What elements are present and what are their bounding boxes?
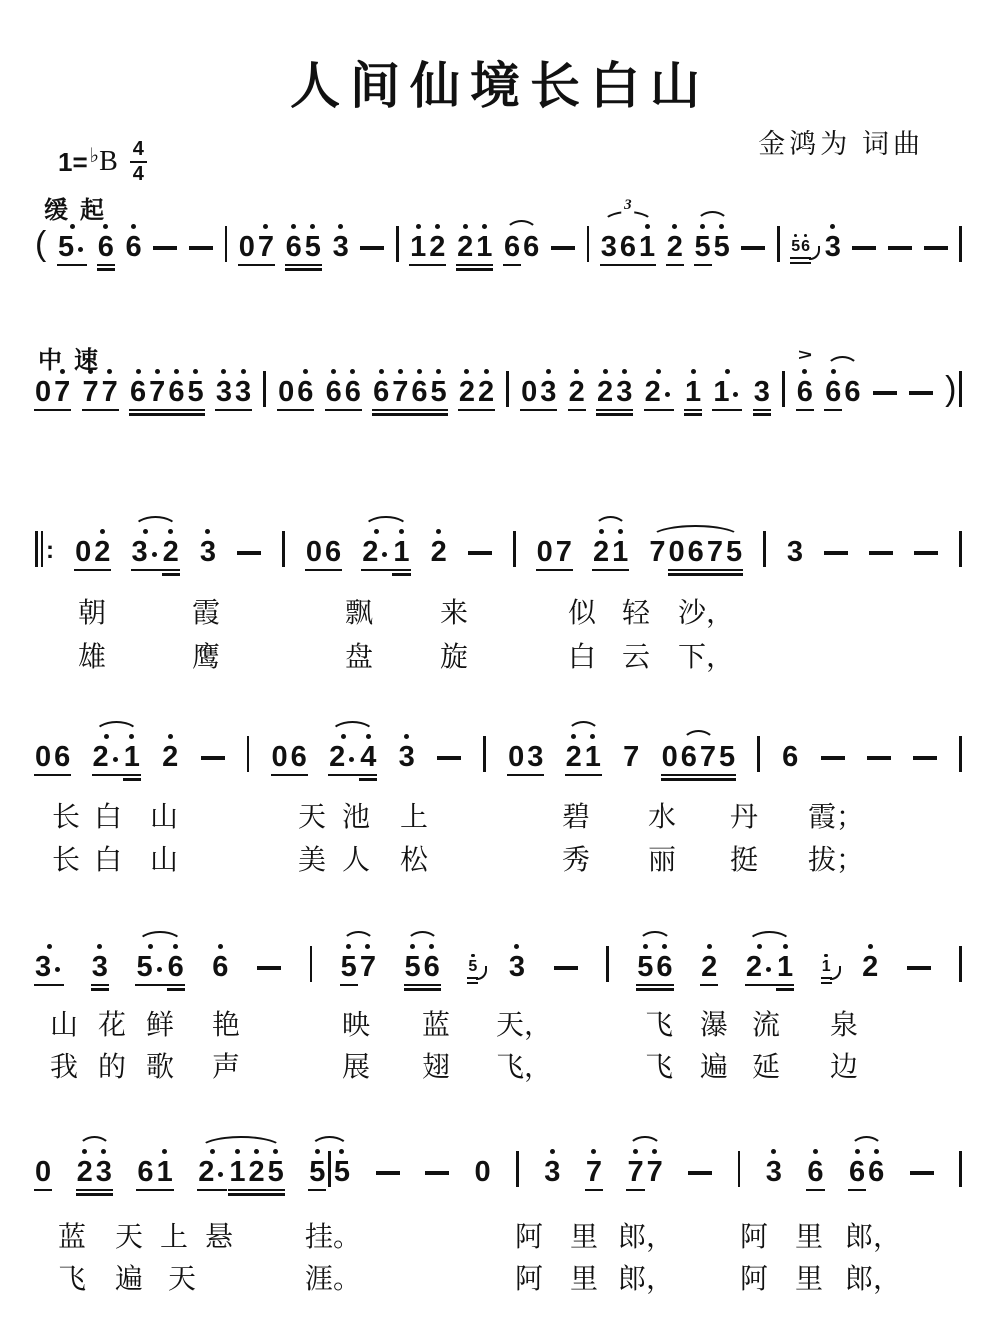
- lyric-syllable: 飞，: [496, 1050, 552, 1085]
- digit: 0: [662, 743, 678, 772]
- digit-text: 5: [431, 378, 447, 407]
- note: 2: [429, 224, 445, 262]
- digit-text: 3: [527, 743, 543, 772]
- slur-arc: [594, 516, 627, 529]
- note: 1: [777, 944, 793, 982]
- digit: 6: [844, 378, 860, 407]
- lyric-syllable: 我: [50, 1050, 78, 1085]
- digit: 5: [637, 953, 653, 982]
- underline: [806, 1189, 824, 1192]
- slur-arc: [78, 1136, 111, 1149]
- digit-text: 6: [411, 378, 427, 407]
- lyric-syllable: 拔；: [808, 843, 864, 878]
- digit-text: 7: [556, 538, 572, 567]
- octave-dot: [235, 1149, 240, 1154]
- duration-dash: [189, 246, 213, 251]
- digit: 2: [593, 538, 609, 567]
- digit-text: 6: [523, 233, 539, 262]
- digit-text: 1: [713, 378, 729, 407]
- note: 7: [258, 224, 274, 262]
- digit-text: 1: [639, 233, 655, 262]
- underline: [76, 1189, 113, 1192]
- digit-text: 1: [685, 378, 701, 407]
- underline: [668, 573, 744, 576]
- underline: [123, 778, 141, 781]
- digit: 1: [713, 378, 741, 407]
- note: 5: [305, 224, 321, 262]
- note: 2: [566, 734, 582, 772]
- lyric-syllable: 翅: [422, 1050, 450, 1085]
- lyric-syllable: 鲜: [146, 1008, 174, 1043]
- digit: 2: [94, 538, 110, 567]
- digit-text: 3: [216, 378, 232, 407]
- lyric-syllable: 水: [648, 800, 676, 835]
- note: 7: [627, 1149, 643, 1187]
- digit: 3: [616, 378, 632, 407]
- lyric-syllable: 天: [115, 1220, 143, 1255]
- note-group: 22: [459, 369, 494, 407]
- note-group: 2125: [198, 1149, 284, 1187]
- digit-text: 3: [132, 538, 148, 567]
- digit-text: 7: [360, 953, 376, 982]
- digit: 3: [92, 953, 108, 982]
- lyric-syllable: 阿: [515, 1220, 543, 1255]
- underline: [228, 1193, 284, 1196]
- barline: [328, 1151, 331, 1187]
- digit: 5: [305, 233, 321, 262]
- digit-text: 6: [130, 378, 146, 407]
- lyric-syllable: 涯。: [305, 1262, 361, 1297]
- note: 0: [239, 233, 255, 262]
- note-group: 21: [566, 734, 601, 772]
- underline: [848, 1189, 866, 1192]
- digit: 2: [198, 1158, 226, 1187]
- digit-text: 2: [431, 538, 447, 567]
- lyric-syllable: 霞: [192, 596, 220, 631]
- digit: 2: [457, 233, 473, 262]
- underline: [596, 409, 633, 412]
- octave-dot: [707, 944, 712, 949]
- digit: 6: [325, 538, 341, 567]
- note: 6: [523, 233, 539, 262]
- underline: [668, 569, 744, 572]
- digit-text: 6: [373, 378, 389, 407]
- octave-dot: [656, 369, 661, 374]
- digit: 5: [136, 953, 164, 982]
- duration-dash: [924, 246, 948, 251]
- slur-arc: [310, 1136, 349, 1149]
- lyric-syllable: 郎，: [845, 1262, 901, 1297]
- digit-text: 0: [475, 1158, 491, 1187]
- underline: [790, 257, 811, 259]
- duration-dash: [909, 391, 933, 396]
- digit-text: 0: [669, 538, 685, 567]
- digit: 2: [362, 538, 390, 567]
- underline: [600, 264, 656, 267]
- accent-mark: >: [798, 347, 812, 365]
- underline: [372, 413, 448, 416]
- note: 2: [457, 224, 473, 262]
- grace-notes: 5: [468, 954, 477, 976]
- octave-dot: [315, 1149, 320, 1154]
- slur-arc: [133, 516, 178, 529]
- digit-text: 2: [593, 538, 609, 567]
- underline: [76, 1193, 113, 1196]
- octave-dot: [691, 369, 696, 374]
- note: 6: [297, 369, 313, 407]
- octave-dot: [484, 369, 489, 374]
- octave-dot: [514, 944, 519, 949]
- lyric-syllable: 映: [342, 1008, 370, 1043]
- digit: 6: [849, 1158, 865, 1187]
- digit-text: 5: [309, 1158, 325, 1187]
- digit-text: 3: [509, 953, 525, 982]
- underline: [97, 264, 115, 267]
- augmentation-dot: [78, 247, 83, 252]
- digit: 3: [527, 743, 543, 772]
- grace-hook: [476, 966, 487, 980]
- note: 3: [825, 224, 841, 262]
- duration-dash: [824, 551, 848, 556]
- underline: [636, 984, 673, 987]
- octave-dot: [205, 529, 210, 534]
- underline: [34, 1189, 52, 1192]
- underline: [359, 778, 377, 781]
- digit-text: 1: [777, 953, 793, 982]
- underline: [409, 264, 446, 267]
- slur-arc: [94, 721, 139, 734]
- digit: 6: [168, 378, 184, 407]
- underline: [753, 409, 771, 412]
- digit-text: 6: [326, 378, 342, 407]
- note: 0: [35, 378, 51, 407]
- barline: [959, 1151, 962, 1187]
- note: 3: [333, 224, 349, 262]
- note: 2: [198, 1149, 226, 1187]
- duration-dash: [376, 1171, 400, 1176]
- octave-dot: [338, 224, 343, 229]
- digit-text: 6: [782, 743, 798, 772]
- octave-dot: [100, 529, 105, 534]
- underline: [328, 774, 377, 777]
- note-group: 06: [35, 743, 70, 772]
- digit-text: 6: [168, 953, 184, 982]
- note: 6: [291, 743, 307, 772]
- underline: [92, 774, 141, 777]
- digit: 0: [669, 538, 685, 567]
- underline: [536, 569, 573, 572]
- octave-dot: [471, 954, 475, 958]
- note-group: 77: [627, 1149, 662, 1187]
- music-line: 02361212555037773666: [35, 1139, 962, 1187]
- note: 2: [329, 734, 357, 772]
- note: 3: [35, 944, 63, 982]
- note-group: 03: [508, 743, 543, 772]
- octave-dot: [350, 369, 355, 374]
- digit: 1: [393, 538, 409, 567]
- note-group: 33: [216, 369, 251, 407]
- note: 7: [83, 369, 99, 407]
- note: 7: [586, 1149, 602, 1187]
- barline: [606, 946, 609, 982]
- slur-arc: [342, 931, 375, 944]
- note-group: 23: [597, 369, 632, 407]
- digit-text: 5: [726, 538, 742, 567]
- digit: 3: [35, 953, 63, 982]
- digit-text: 0: [239, 233, 255, 262]
- duration-dash: [551, 246, 575, 251]
- note: 5: [58, 224, 86, 262]
- octave-dot: [802, 369, 807, 374]
- digit-text: 2: [329, 743, 345, 772]
- digit-text: 2: [163, 538, 179, 567]
- duration-dash: [360, 246, 384, 251]
- underline: [361, 569, 410, 572]
- note-group: 56: [405, 944, 440, 982]
- key-letter: B: [99, 146, 118, 178]
- digit: 3: [132, 538, 160, 567]
- lyric-syllable: 遍: [700, 1050, 728, 1085]
- digit: 3: [399, 743, 415, 772]
- underline: [197, 1189, 227, 1192]
- note: 6: [782, 743, 798, 772]
- grace-notes: 56: [791, 234, 810, 256]
- note: 3: [601, 233, 617, 262]
- octave-dot: [830, 224, 835, 229]
- lyric-syllable: 挂。: [305, 1220, 361, 1255]
- octave-dot: [435, 224, 440, 229]
- note: 1: [639, 224, 655, 262]
- digit: 0: [508, 743, 524, 772]
- note: 6: [212, 944, 228, 982]
- digit-text: 2: [701, 953, 717, 982]
- duration-dash: [257, 966, 281, 971]
- note: >6: [797, 369, 813, 407]
- octave-dot: [618, 529, 623, 534]
- note: 0: [475, 1158, 491, 1187]
- digit-text: 7: [54, 378, 70, 407]
- digit-text: 6: [291, 743, 307, 772]
- digit: 1: [157, 1158, 173, 1187]
- underline: [776, 988, 794, 991]
- note-group: 0675: [662, 743, 736, 772]
- digit-text: 6: [54, 743, 70, 772]
- digit: 3: [754, 378, 770, 407]
- digit: 1: [585, 743, 601, 772]
- octave-dot: [546, 369, 551, 374]
- digit: 3: [216, 378, 232, 407]
- digit-text: 0: [75, 538, 91, 567]
- digit-text: 5: [268, 1158, 284, 1187]
- digit-text: 2: [429, 233, 445, 262]
- note-group: 21: [93, 734, 140, 772]
- digit: 2: [77, 1158, 93, 1187]
- note: 2: [593, 529, 609, 567]
- digit-text: 2: [862, 953, 878, 982]
- digit-text: 2: [459, 378, 475, 407]
- note-group: 06: [306, 538, 341, 567]
- digit-text: 6: [168, 378, 184, 407]
- digit-text: 6: [681, 743, 697, 772]
- note: 1: [124, 734, 140, 772]
- barline: [310, 946, 313, 982]
- digit-text: 3: [333, 233, 349, 262]
- barline: [225, 226, 228, 262]
- octave-dot: [599, 529, 604, 534]
- augmentation-dot: [665, 392, 670, 397]
- note: 2: [248, 1149, 264, 1187]
- note: 0: [508, 743, 524, 772]
- note: 2: [163, 529, 179, 567]
- octave-dot: [193, 369, 198, 374]
- lyric-syllable: 云: [622, 640, 650, 675]
- note: 1: [229, 1149, 245, 1187]
- digit-text: 6: [849, 1158, 865, 1187]
- digit-text: 6: [98, 233, 114, 262]
- repeat-dots: :: [46, 539, 54, 563]
- digit-text: 0: [508, 743, 524, 772]
- digit: 0: [35, 378, 51, 407]
- underline: [821, 982, 832, 984]
- digit-text: 2: [362, 538, 378, 567]
- lyric-syllable: 里: [570, 1262, 598, 1297]
- note: 2: [478, 369, 494, 407]
- duration-dash: [910, 1171, 934, 1176]
- digit: 0: [75, 538, 91, 567]
- underline: [626, 1189, 644, 1192]
- note: 3: [544, 1149, 560, 1187]
- lyric-syllable: 鹰: [192, 640, 220, 675]
- digit: 7: [392, 378, 408, 407]
- note: 6: [620, 233, 636, 262]
- lyric-syllable: 天: [298, 800, 326, 835]
- digit-text: 6: [656, 953, 672, 982]
- note-group: 02: [75, 529, 110, 567]
- octave-dot: [97, 944, 102, 949]
- note: 3: [92, 944, 108, 982]
- underline: [34, 984, 64, 987]
- digit: 2: [459, 378, 475, 407]
- octave-dot: [463, 224, 468, 229]
- digit: 6: [212, 953, 228, 982]
- underline: [167, 988, 185, 991]
- slur-arc: [406, 931, 439, 944]
- digit-text: 7: [83, 378, 99, 407]
- lyric-syllable: 沙，: [678, 596, 734, 631]
- parenthesis: (: [35, 227, 46, 261]
- octave-dot: [652, 1149, 657, 1154]
- note: 5: [309, 1149, 325, 1187]
- octave-dot: [603, 369, 608, 374]
- octave-dot: [104, 734, 109, 739]
- lyric-syllable: 花: [98, 1008, 126, 1043]
- digit: 5: [719, 743, 735, 772]
- digit: 6: [130, 378, 146, 407]
- digit: 2: [93, 743, 121, 772]
- octave-dot: [398, 369, 403, 374]
- octave-dot: [168, 734, 173, 739]
- digit-text: 2: [478, 378, 494, 407]
- digit-text: 0: [537, 538, 553, 567]
- note: 2: [667, 224, 683, 262]
- note: 0: [35, 1158, 51, 1187]
- slur-arc: [747, 931, 792, 944]
- octave-dot: [831, 369, 836, 374]
- digit-text: 5: [714, 233, 730, 262]
- note: 0: [272, 743, 288, 772]
- octave-dot: [550, 1149, 555, 1154]
- slur-arc: [628, 1136, 661, 1149]
- digit: 6: [137, 1158, 153, 1187]
- digit-text: 7: [102, 378, 118, 407]
- octave-dot: [131, 224, 136, 229]
- octave-dot: [168, 529, 173, 534]
- underline: [277, 409, 314, 412]
- underline: [162, 573, 180, 576]
- digit: 3: [96, 1158, 112, 1187]
- note-group: 32: [132, 529, 179, 567]
- digit: 2: [163, 538, 179, 567]
- digit: 0: [278, 378, 294, 407]
- note-group: 125: [229, 1149, 283, 1187]
- digit: 1: [410, 233, 426, 262]
- note: 0: [662, 743, 678, 772]
- augmentation-dot: [152, 552, 157, 557]
- note: 7: [700, 743, 716, 772]
- octave-dot: [868, 944, 873, 949]
- barline: [757, 736, 760, 772]
- digit-text: 0: [306, 538, 322, 567]
- digit: 1: [612, 538, 628, 567]
- lyric-syllable: 丽: [648, 843, 676, 878]
- digit: 6: [345, 378, 361, 407]
- barline: [587, 226, 590, 262]
- note: 0: [35, 743, 51, 772]
- digit: 2: [429, 233, 445, 262]
- octave-dot: [366, 734, 371, 739]
- lyric-syllable: 山: [150, 843, 178, 878]
- note: 1: [410, 224, 426, 262]
- music-line: :02323062120721706753: [35, 519, 962, 567]
- lyric-syllable: 人: [342, 843, 370, 878]
- note: 2: [597, 369, 613, 407]
- augmentation-dot: [55, 967, 60, 972]
- digit-text: 2: [569, 378, 585, 407]
- octave-dot: [633, 1149, 638, 1154]
- parenthesis: ): [945, 372, 956, 406]
- lyric-syllable: 碧: [562, 800, 590, 835]
- digit: 3: [766, 1158, 782, 1187]
- digit-text: 1: [124, 743, 140, 772]
- lyric-syllable: 歌: [146, 1050, 174, 1085]
- augmentation-dot: [382, 552, 387, 557]
- digit: 7: [700, 743, 716, 772]
- digit-text: 7: [700, 743, 716, 772]
- slur-arc: [137, 931, 182, 944]
- digit-text: 5: [791, 239, 800, 255]
- digit-text: 5: [637, 953, 653, 982]
- digit: 3: [200, 538, 216, 567]
- note: 6: [424, 944, 440, 982]
- note: 6: [688, 538, 704, 567]
- digit-text: 0: [662, 743, 678, 772]
- digit: 7: [54, 378, 70, 407]
- digit: 0: [35, 743, 51, 772]
- underline: [74, 569, 111, 572]
- octave-dot: [291, 224, 296, 229]
- digit-text: 1: [476, 233, 492, 262]
- octave-dot: [590, 734, 595, 739]
